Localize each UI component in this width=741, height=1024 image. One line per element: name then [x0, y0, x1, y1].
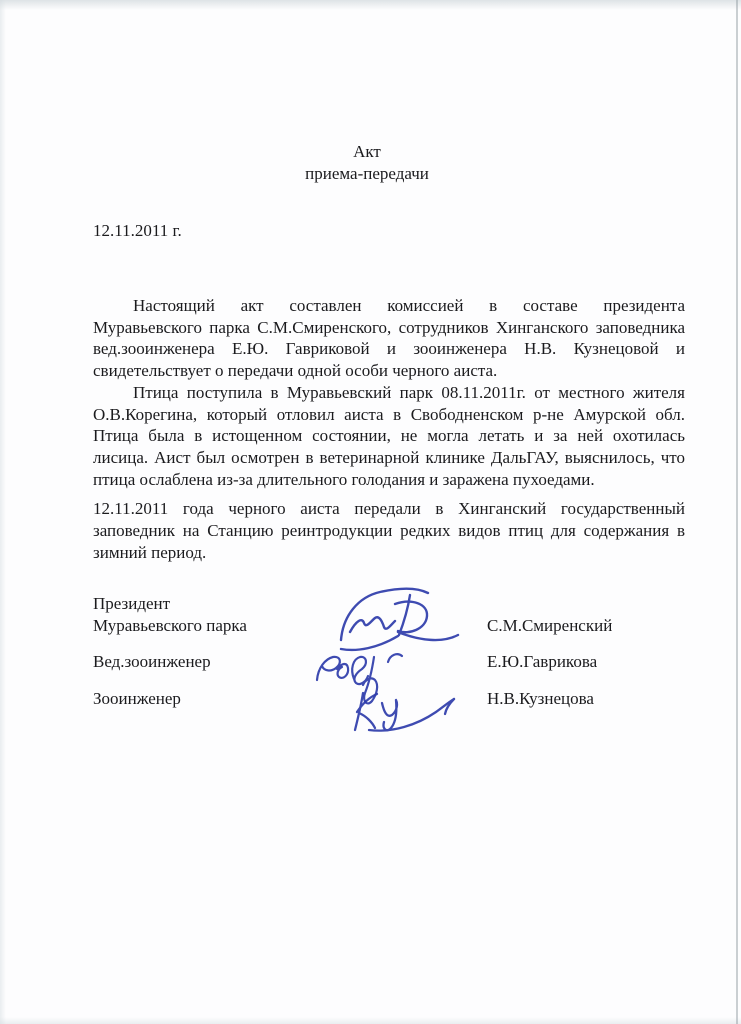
- paragraph-line: вед.зооинженера Е.Ю. Гавриковой и зооинж…: [93, 338, 685, 360]
- paragraph-line: Настоящий акт составлен комиссией в сост…: [93, 295, 685, 317]
- paragraph-line: лисица. Аист был осмотрен в ветеринарной…: [93, 447, 685, 469]
- paragraph-2: Птица поступила в Муравьевский парк 08.1…: [93, 382, 685, 491]
- signer-name: Е.Ю.Гаврикова: [487, 651, 597, 673]
- signer-name: Н.В.Кузнецова: [487, 688, 594, 710]
- paragraph-line: заповедник на Станцию реинтродукции редк…: [93, 520, 685, 542]
- paragraph-line: Птица поступила в Муравьевский парк 08.1…: [93, 382, 685, 404]
- scanned-document-page: Акт приема-передачи 12.11.2011 г. Настоя…: [0, 0, 741, 1024]
- paragraph-line: свидетельствует о передачи одной особи ч…: [93, 360, 685, 382]
- title-line-1: Акт: [93, 141, 641, 163]
- paragraph-3: 12.11.2011 года черного аиста передали в…: [93, 498, 685, 563]
- paragraph-1: Настоящий акт составлен комиссией в сост…: [93, 295, 685, 382]
- signature-row-lead-zooengineer: Вед.зооинженер Е.Ю.Гаврикова: [93, 651, 685, 673]
- signature-row-zooengineer: Зооинженер Н.В.Кузнецова: [93, 688, 685, 710]
- document-date: 12.11.2011 г.: [93, 220, 182, 242]
- scan-edge-bottom: [0, 1017, 741, 1024]
- document-title: Акт приема-передачи: [93, 141, 641, 184]
- document-body: Настоящий акт составлен комиссией в сост…: [93, 295, 685, 563]
- signature-row-president: Президент Муравьевского парка С.М.Смирен…: [93, 593, 685, 636]
- paragraph-line: Птица была в истощенном состоянии, не мо…: [93, 425, 685, 447]
- signer-position: Зооинженер: [93, 688, 685, 710]
- paragraph-line: зимний период.: [93, 542, 685, 564]
- scan-edge-top: [0, 0, 741, 10]
- signer-name: С.М.Смиренский: [487, 615, 612, 637]
- paragraph-line: Муравьевского парка С.М.Смиренского, сот…: [93, 317, 685, 339]
- title-line-2: приема-передачи: [93, 163, 641, 185]
- paragraph-line: птица ослаблена из-за длительного голода…: [93, 469, 685, 491]
- scan-edge-right: [736, 0, 738, 1024]
- signer-position: Президент: [93, 593, 685, 615]
- paragraph-line: 12.11.2011 года черного аиста передали в…: [93, 498, 685, 520]
- paragraph-line: О.В.Корегина, который отловил аиста в Св…: [93, 404, 685, 426]
- scan-edge-left: [0, 0, 6, 1024]
